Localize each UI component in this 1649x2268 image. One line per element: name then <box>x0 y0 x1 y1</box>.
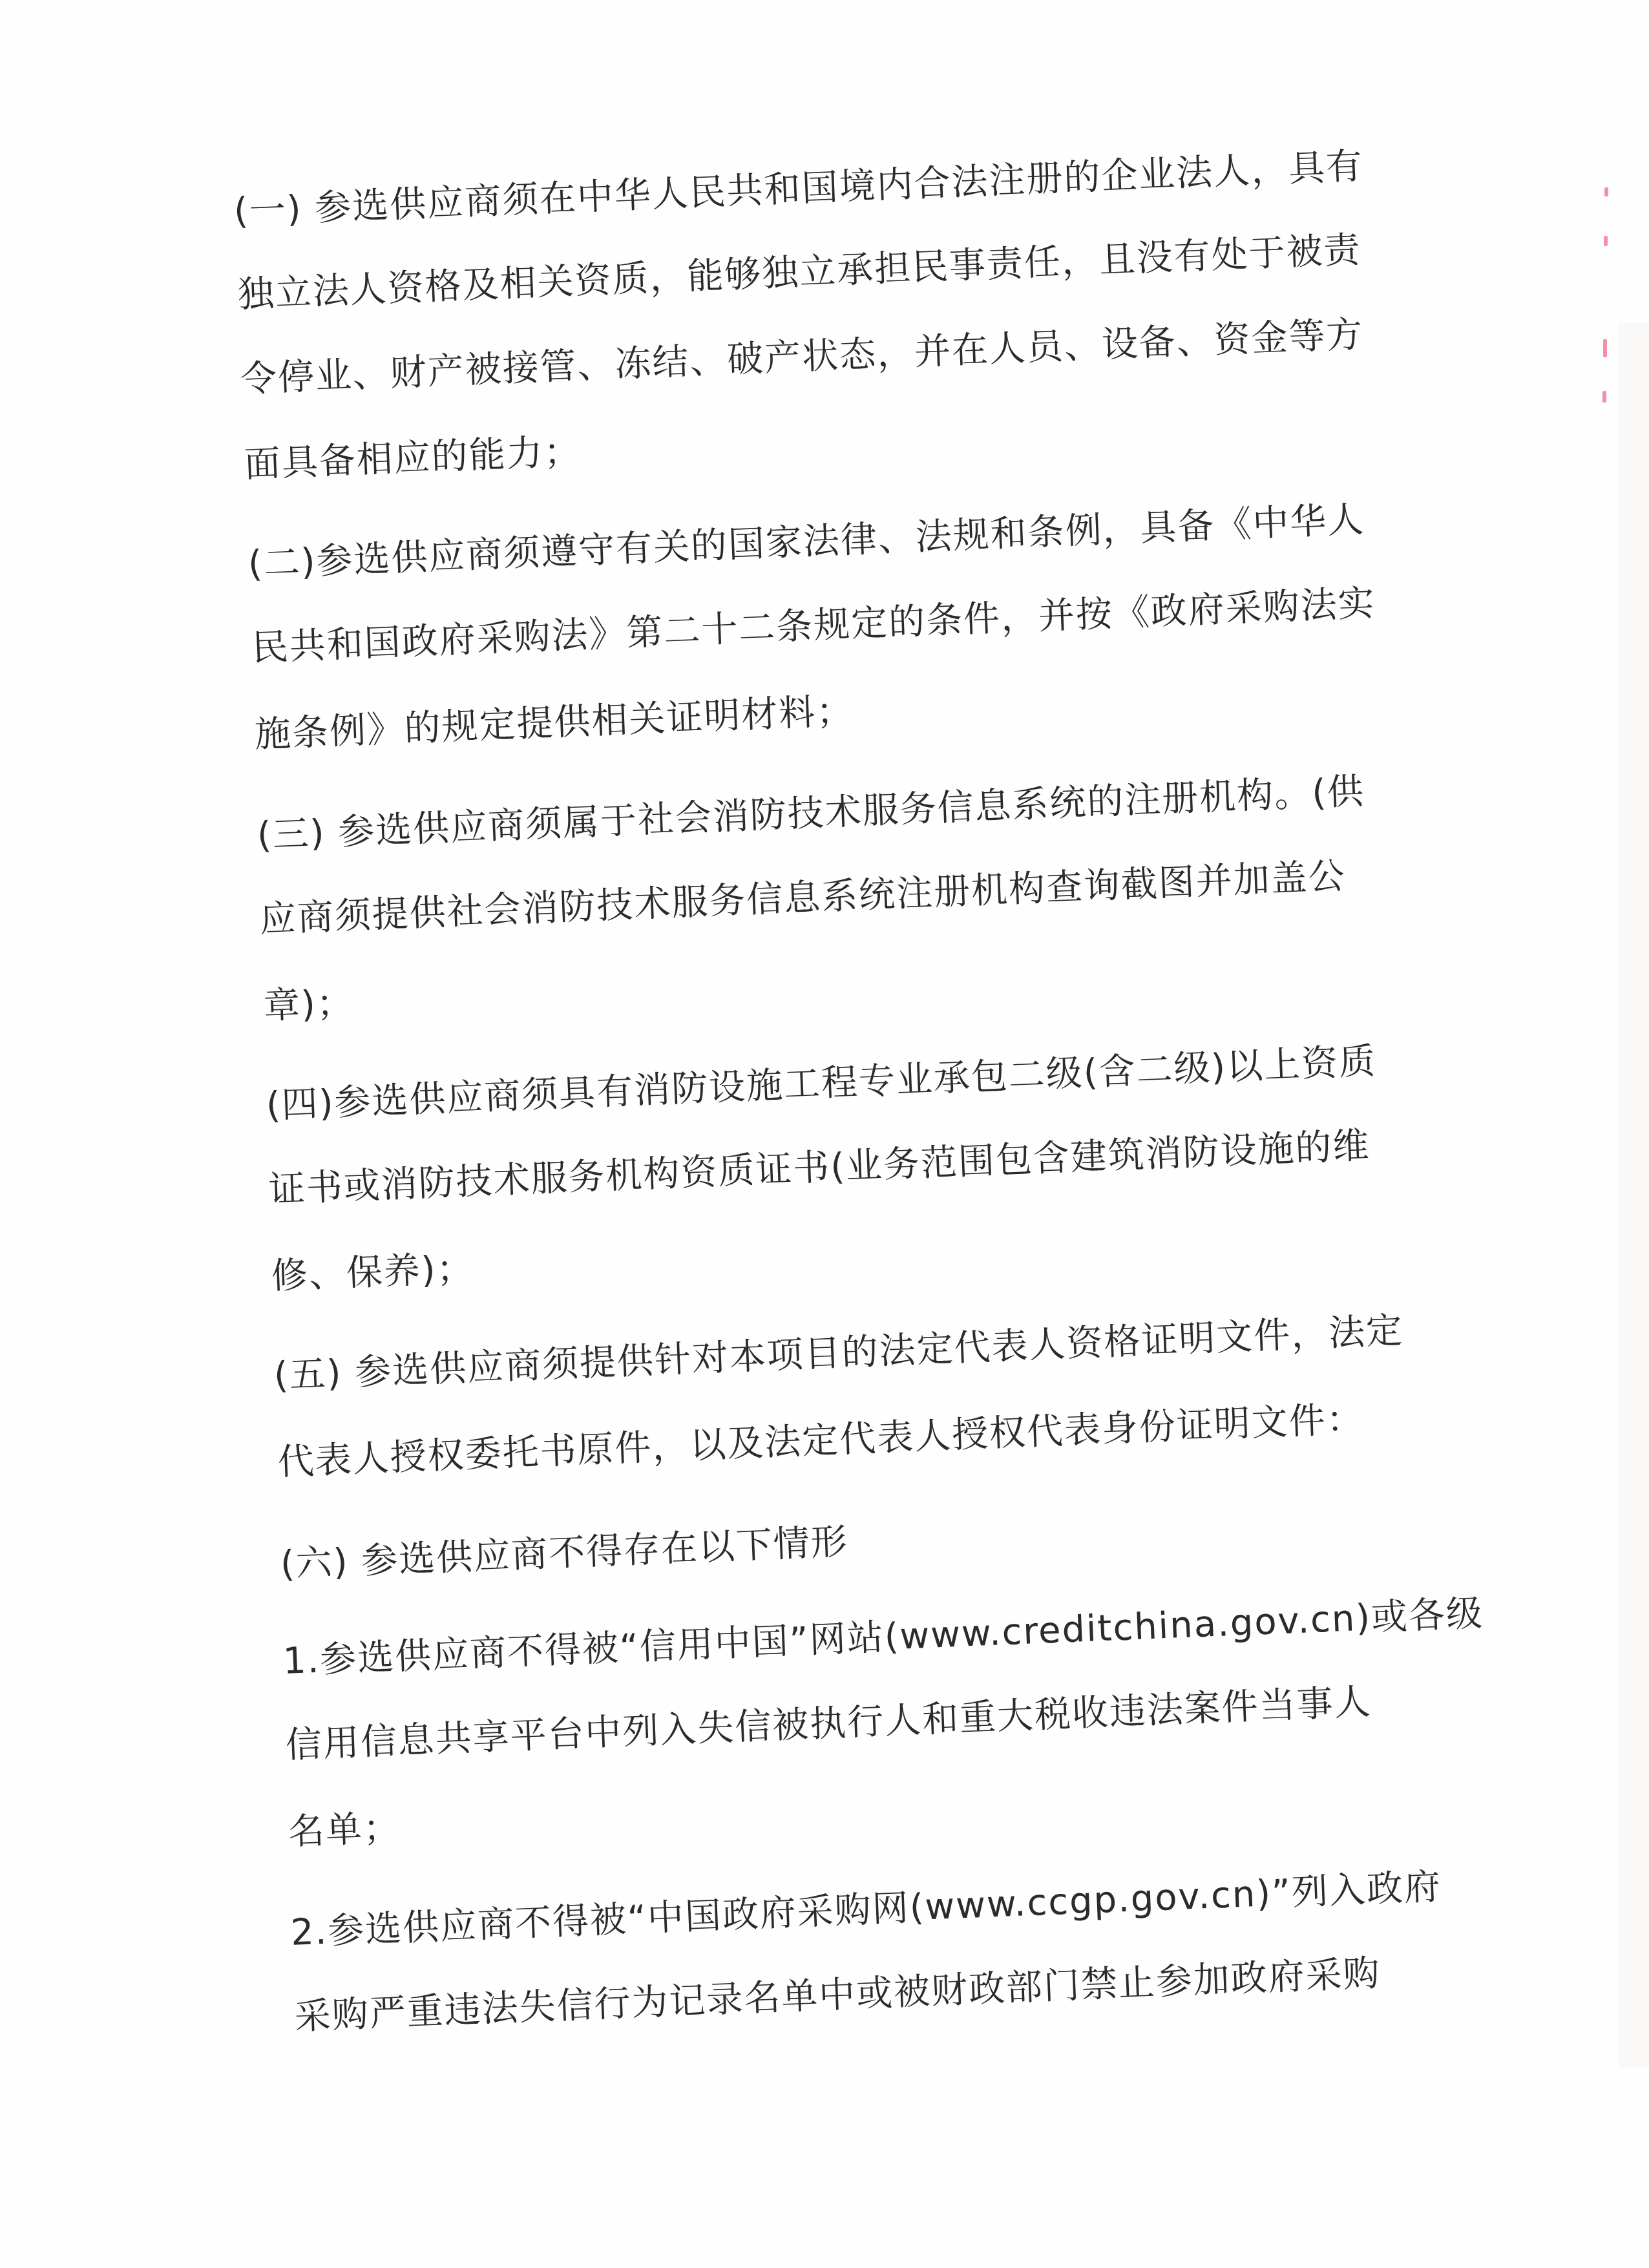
section-2-line-2: 民共和国政府采购法》第二十二条规定的条件，并按《政府采购法实 <box>251 583 1376 669</box>
section-4-line-2: 证书或消防技术服务机构资质证书(业务范围包含建筑消防设施的维 <box>268 1126 1371 1211</box>
section-5-line-2: 代表人授权委托书原件，以及法定代表人授权代表身份证明文件： <box>277 1399 1365 1484</box>
section-3-line-1: (三) 参选供应商须属于社会消防技术服务信息系统的注册机构。(供 <box>257 771 1366 857</box>
item-1-line-1: 1.参选供应商不得被“信用中国”网站(www.creditchina.gov.c… <box>282 1593 1485 1683</box>
item-1-line-3: 名单； <box>288 1807 401 1853</box>
section-2-line-1: (二)参选供应商须遵守有关的国家法律、法规和条例，具备《中华人 <box>247 499 1366 585</box>
seal-mark-fragment <box>1604 187 1608 196</box>
section-5-line-1: (五) 参选供应商须提供针对本项目的法定代表人资格证明文件，法定 <box>273 1310 1405 1397</box>
item-2-line-2: 采购严重违法失信行为记录名单中或被财政部门禁止参加政府采购 <box>294 1953 1381 2038</box>
item-1-line-2: 信用信息共享平台中列入失信被执行人和重大税收违法案件当事人 <box>285 1682 1372 1767</box>
section-3-line-3: 章)； <box>263 982 355 1027</box>
seal-mark-fragment <box>1604 236 1608 246</box>
scanned-page: (一) 参选供应商须在中华人民共和国境内合法注册的企业法人，具有 独立法人资格及… <box>0 0 1649 2268</box>
seal-mark-fragment <box>1602 391 1606 403</box>
section-1-line-2: 独立法人资格及相关资质，能够独立承担民事责任，且没有处于被责 <box>237 229 1362 316</box>
section-4-line-1: (四)参选供应商须具有消防设施工程专业承包二级(含二级)以上资质 <box>266 1041 1378 1127</box>
section-2-line-3: 施条例》的规定提供相关证明材料； <box>254 691 855 756</box>
item-2-line-1: 2.参选供应商不得被“中国政府采购网(www.ccgp.gov.cn)”列入政府 <box>290 1866 1443 1953</box>
section-4-line-3: 修、保养)； <box>271 1248 475 1297</box>
section-6-line-1: (六) 参选供应商不得存在以下情形 <box>280 1522 849 1586</box>
section-3-line-2: 应商须提供社会消防技术服务信息系统注册机构查询截图并加盖公 <box>259 856 1347 941</box>
scan-page-edge <box>1618 323 1649 2068</box>
section-1-line-1: (一) 参选供应商须在中华人民共和国境内合法注册的企业法人，具有 <box>233 146 1365 233</box>
section-1-line-3: 令停业、财产被接管、冻结、破产状态，并在人员、设备、资金等方 <box>240 314 1365 401</box>
seal-mark-fragment <box>1603 339 1607 357</box>
section-1-line-4: 面具备相应的能力； <box>244 431 582 486</box>
